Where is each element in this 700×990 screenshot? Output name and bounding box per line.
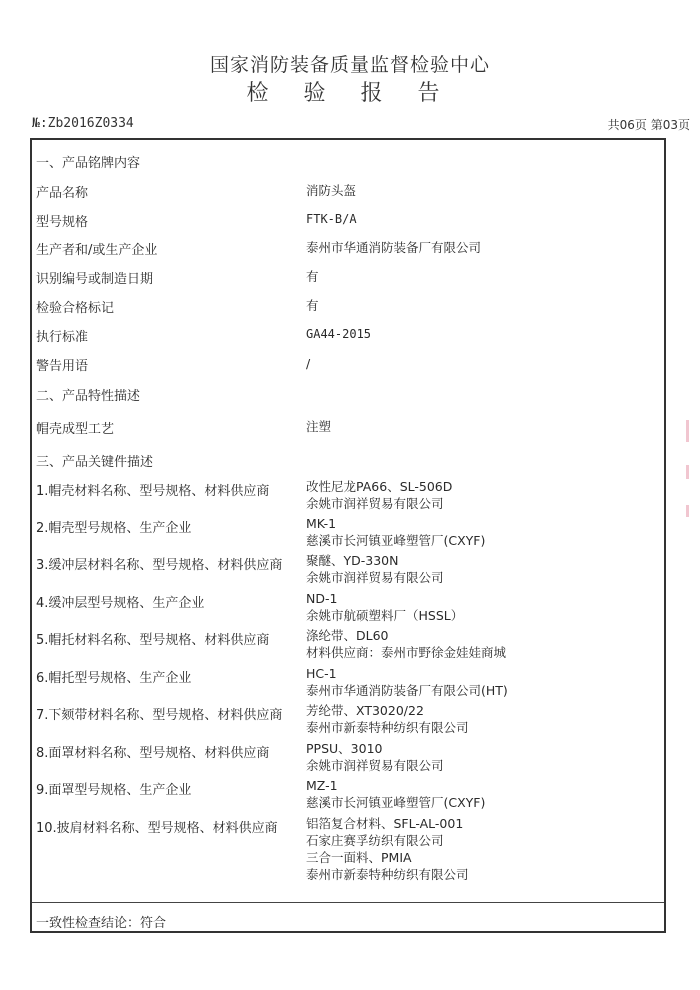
label-warning: 警告用语	[36, 355, 88, 374]
report-no-label: №:	[32, 116, 48, 131]
value-warning: /	[306, 355, 310, 372]
value-component-6: HC-1 泰州市华通消防装备厂有限公司(HT)	[306, 665, 508, 699]
label-component-6: 6.帽托型号规格、生产企业	[36, 667, 191, 686]
label-component-9: 9.面罩型号规格、生产企业	[36, 779, 191, 798]
report-number: №:Zb2016Z0334	[32, 116, 134, 131]
value-component-8: PPSU、3010 余姚市润祥贸易有限公司	[306, 740, 444, 774]
label-component-3: 3.缓冲层材料名称、型号规格、材料供应商	[36, 554, 282, 573]
report-table: 一、产品铭牌内容 产品名称 消防头盔 型号规格 FTK-B/A 生产者和/或生产…	[30, 138, 666, 933]
label-id-date: 识别编号或制造日期	[36, 268, 153, 287]
value-component-7: 芳纶带、XT3020/22 泰州市新泰特种纺织有限公司	[306, 702, 469, 736]
value-standard: GA44-2015	[306, 326, 371, 343]
value-component-4: ND-1 余姚市航硕塑料厂（HSSL）	[306, 590, 463, 624]
label-shell-process: 帽壳成型工艺	[36, 418, 114, 437]
label-model: 型号规格	[36, 211, 88, 230]
value-component-1: 改性尼龙PA66、SL-506D 余姚市润祥贸易有限公司	[306, 478, 452, 512]
label-component-2: 2.帽壳型号规格、生产企业	[36, 517, 191, 536]
label-component-8: 8.面罩材料名称、型号规格、材料供应商	[36, 742, 269, 761]
value-component-5: 涤纶带、DL60 材料供应商：泰州市野徐金娃娃商城	[306, 627, 506, 661]
value-shell-process: 注塑	[306, 418, 331, 435]
section2-heading: 二、产品特性描述	[36, 385, 140, 404]
conclusion-divider	[32, 902, 664, 903]
report-no-value: Zb2016Z0334	[48, 116, 134, 131]
value-product-name: 消防头盔	[306, 182, 356, 199]
label-product-name: 产品名称	[36, 182, 88, 201]
label-component-4: 4.缓冲层型号规格、生产企业	[36, 592, 204, 611]
value-manufacturer: 泰州市华通消防装备厂有限公司	[306, 239, 481, 256]
report-title: 检 验 报 告	[0, 76, 700, 107]
label-component-7: 7.下颏带材料名称、型号规格、材料供应商	[36, 704, 282, 723]
conclusion-text: 一致性检查结论：符合	[36, 912, 166, 931]
section1-heading: 一、产品铭牌内容	[36, 152, 140, 171]
value-id-date: 有	[306, 268, 319, 285]
value-component-10: 铝箔复合材料、SFL-AL-001 石家庄赛孚纺织有限公司 三合一面料、PMIA…	[306, 815, 469, 883]
value-component-3: 聚醚、YD-330N 余姚市润祥贸易有限公司	[306, 552, 444, 586]
label-manufacturer: 生产者和/或生产企业	[36, 239, 157, 258]
seal-mark	[686, 505, 689, 517]
page-info: 共06页 第03页	[608, 116, 690, 133]
seal-mark	[686, 465, 689, 479]
label-component-10: 10.披肩材料名称、型号规格、材料供应商	[36, 817, 278, 836]
value-inspection-mark: 有	[306, 297, 319, 314]
label-inspection-mark: 检验合格标记	[36, 297, 114, 316]
org-title: 国家消防装备质量监督检验中心	[0, 50, 700, 77]
label-component-1: 1.帽壳材料名称、型号规格、材料供应商	[36, 480, 269, 499]
label-standard: 执行标准	[36, 326, 88, 345]
value-component-2: MK-1 慈溪市长河镇亚峰塑管厂(CXYF)	[306, 515, 485, 549]
label-component-5: 5.帽托材料名称、型号规格、材料供应商	[36, 629, 269, 648]
value-component-9: MZ-1 慈溪市长河镇亚峰塑管厂(CXYF)	[306, 777, 485, 811]
value-model: FTK-B/A	[306, 211, 357, 228]
section3-heading: 三、产品关键件描述	[36, 451, 153, 470]
seal-mark	[686, 420, 689, 442]
